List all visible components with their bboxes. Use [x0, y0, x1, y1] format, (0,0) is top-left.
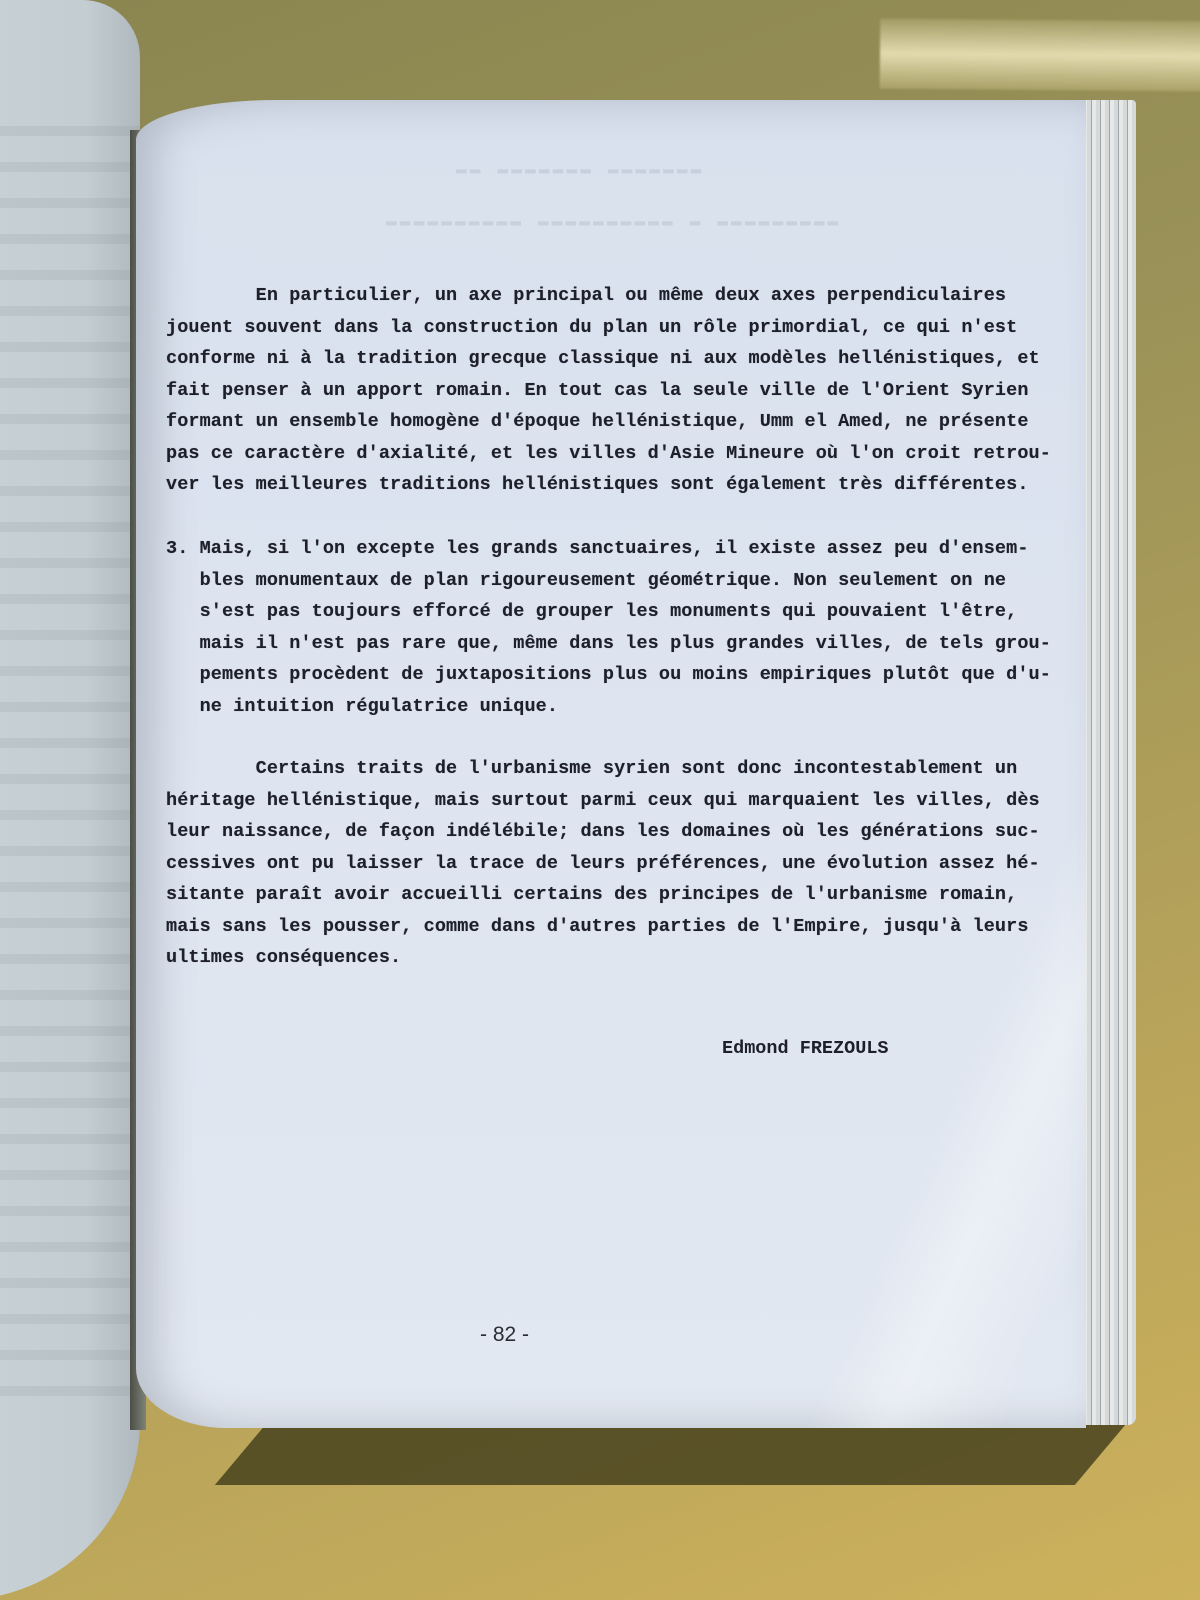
text-line: formant un ensemble homogène d'époque he…	[166, 406, 1006, 438]
text-line: s'est pas toujours efforcé de grouper le…	[166, 596, 1006, 628]
text-line: pements procèdent de juxtapositions plus…	[166, 659, 1006, 691]
text-line: cessives ont pu laisser la trace de leur…	[166, 848, 1006, 880]
text-line: En particulier, un axe principal ou même…	[166, 280, 1006, 312]
text-line: conforme ni à la tradition grecque class…	[166, 343, 1006, 375]
text-line: ver les meilleures traditions hellénisti…	[166, 469, 1006, 501]
text-line: héritage hellénistique, mais surtout par…	[166, 785, 1006, 817]
text-line: ne intuition régulatrice unique.	[166, 691, 1006, 723]
paragraph-axes: En particulier, un axe principal ou même…	[166, 280, 1006, 501]
text-line: pas ce caractère d'axialité, et les vill…	[166, 438, 1006, 470]
text-line: leur naissance, de façon indélébile; dan…	[166, 816, 1006, 848]
right-page: ▬▬ ▬▬▬▬▬▬▬ ▬▬▬▬▬▬▬ ▬▬▬▬▬▬▬▬▬▬ ▬▬▬▬▬▬▬▬▬▬…	[136, 100, 1086, 1428]
text-line: fait penser à un apport romain. En tout …	[166, 375, 1006, 407]
page-stack-edge	[1078, 100, 1136, 1425]
text-line: 3. Mais, si l'on excepte les grands sanc…	[166, 533, 1006, 565]
bleed-through-header-2: ▬▬▬▬▬▬▬▬▬▬ ▬▬▬▬▬▬▬▬▬▬ ▬ ▬▬▬▬▬▬▬▬▬	[386, 212, 841, 232]
text-line: mais sans les pousser, comme dans d'autr…	[166, 911, 1006, 943]
text-line: bles monumentaux de plan rigoureusement …	[166, 565, 1006, 597]
text-line: jouent souvent dans la construction du p…	[166, 312, 1006, 344]
page-shadow	[215, 1425, 1125, 1485]
bleed-through-header-1: ▬▬ ▬▬▬▬▬▬▬ ▬▬▬▬▬▬▬	[456, 160, 704, 180]
page-number: - 82 -	[480, 1323, 529, 1347]
text-line: Certains traits de l'urbanisme syrien so…	[166, 753, 1006, 785]
paragraph-conclusion: Certains traits de l'urbanisme syrien so…	[166, 753, 1006, 974]
text-line: sitante paraît avoir accueilli certains …	[166, 879, 1006, 911]
text-line: mais il n'est pas rare que, même dans le…	[166, 628, 1006, 660]
author-signature: Edmond FREZOULS	[722, 1038, 889, 1059]
text-line: ultimes conséquences.	[166, 942, 1006, 974]
tissue-paper	[880, 19, 1200, 92]
paragraph-point-3: 3. Mais, si l'on excepte les grands sanc…	[166, 533, 1006, 722]
left-page-bleed-through-text	[0, 100, 140, 1400]
left-page	[0, 0, 140, 1600]
